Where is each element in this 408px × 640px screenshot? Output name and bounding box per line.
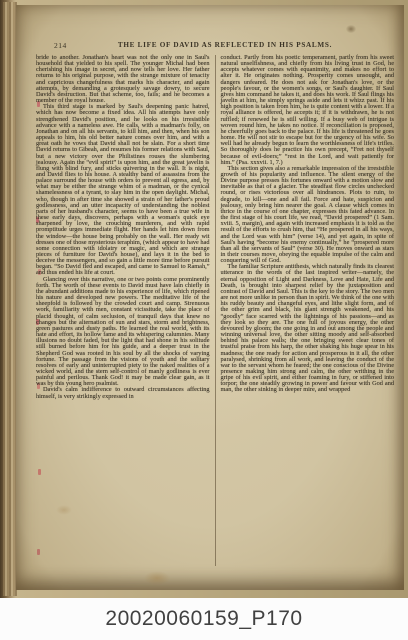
body-paragraph: This third stage is marked by Saul's dee… [36,104,210,276]
book-page: 214 THE LIFE OF DAVID AS REFLECTED IN HI… [16,5,404,590]
body-paragraph: This section gives also a remarkable imp… [221,166,395,265]
left-column: bride to another. Jonathan's heart was n… [36,55,210,566]
body-paragraph: conduct. Partly from his poetic temperam… [221,55,395,166]
body-paragraph: The familiar Scripture antithesis, which… [221,264,395,393]
book-scan-photo: 214 THE LIFE OF DAVID AS REFLECTED IN HI… [0,0,408,640]
page-number: 214 [54,41,67,50]
paper-stain [144,571,170,585]
running-title: THE LIFE OF DAVID AS REFLECTED IN HIS PS… [76,41,374,49]
text-columns: bride to another. Jonathan's heart was n… [36,55,394,566]
body-paragraph: bride to another. Jonathan's heart was n… [36,55,210,104]
body-paragraph: Glancing over this narrative, one or two… [36,277,210,388]
archive-label-strip: 20020060159_P170 [0,598,408,640]
column-rule [215,55,216,566]
page-header: 214 THE LIFE OF DAVID AS REFLECTED IN HI… [36,41,394,51]
right-column: conduct. Partly from his poetic temperam… [221,55,395,566]
paper-stain [346,25,356,33]
book-background: 214 THE LIFE OF DAVID AS REFLECTED IN HI… [0,0,408,598]
page-edges [3,2,17,596]
archive-label: 20020060159_P170 [105,607,302,631]
body-paragraph: David's calm indifference to outward cir… [36,387,210,399]
